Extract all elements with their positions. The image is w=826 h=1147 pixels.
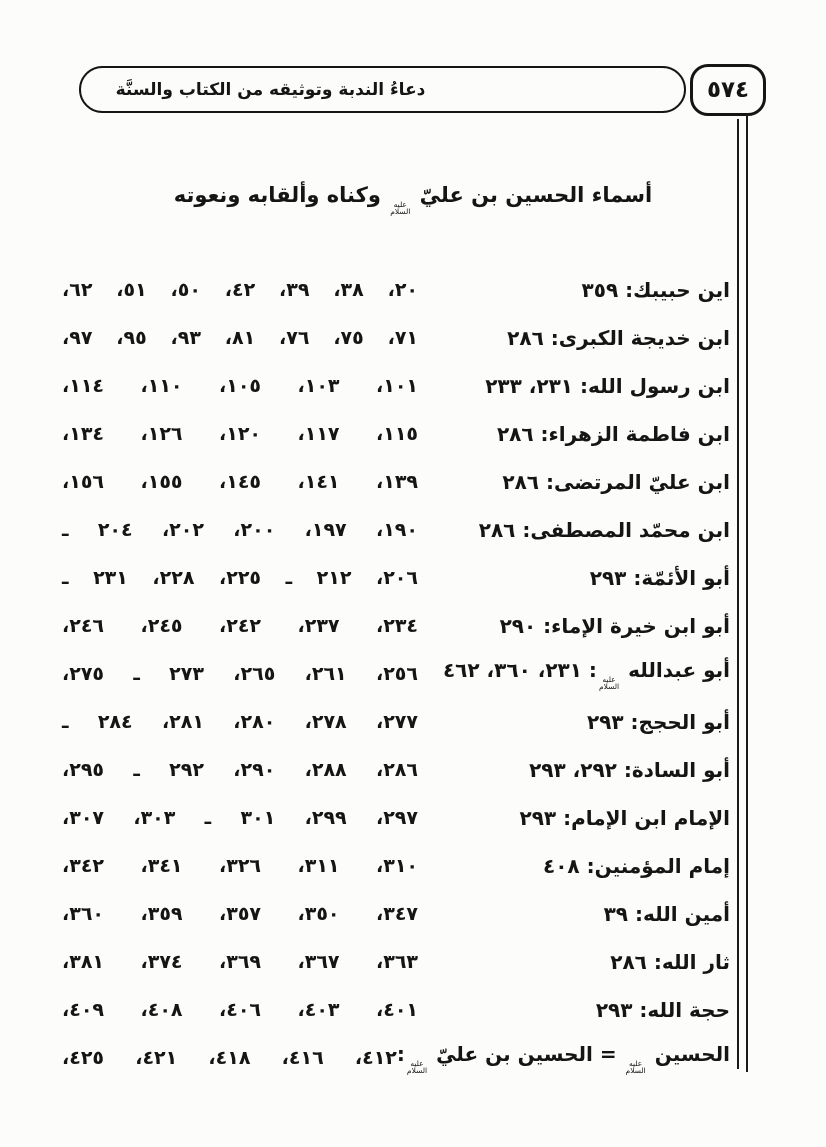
entry-page-numbers: ٤١٢، ٤١٦، ٤١٨، ٤٢١، ٤٢٥،	[62, 1047, 397, 1069]
entry-name: ابن عليّ المرتضى: ٢٨٦	[502, 470, 730, 494]
margin-rule-outer	[746, 114, 748, 1072]
entry-page-numbers: ٣٤٧، ٣٥٠، ٣٥٧، ٣٥٩، ٣٦٠،	[62, 903, 418, 925]
entry-page-numbers: ٣١٠، ٣١١، ٣٢٦، ٣٤١، ٣٤٢،	[62, 855, 418, 877]
entry-page-numbers: ١٣٩، ١٤١، ١٤٥، ١٥٥، ١٥٦،	[62, 471, 418, 493]
index-row: ابن عليّ المرتضى: ٢٨٦١٣٩، ١٤١، ١٤٥، ١٥٥،…	[62, 458, 730, 506]
index-list: اين حبيبك: ٣٥٩٢٠، ٣٨، ٣٩، ٤٢، ٥٠، ٥١، ٦٢…	[62, 266, 730, 1082]
entry-page-numbers: ٢٨٦، ٢٨٨، ٢٩٠، ٢٩٢ ـ ٢٩٥،	[62, 759, 418, 781]
entry-name: الإمام ابن الإمام: ٢٩٣	[520, 806, 730, 830]
entry-page-numbers: ٢٣٤، ٢٣٧، ٢٤٢، ٢٤٥، ٢٤٦،	[62, 615, 418, 637]
entry-name: ابن رسول الله: ٢٣١، ٢٣٣	[485, 374, 730, 398]
index-row: أبو الحجج: ٢٩٣٢٧٧، ٢٧٨، ٢٨٠، ٢٨١، ٢٨٤ ـ	[62, 698, 730, 746]
entry-page-numbers: ١٩٠، ١٩٧، ٢٠٠، ٢٠٢، ٢٠٤ ـ	[62, 519, 418, 541]
alayhi-assalam-honorific-icon: عليهالسلام	[626, 1060, 646, 1074]
entry-name: ابن محمّد المصطفى: ٢٨٦	[479, 518, 730, 542]
entry-page-numbers: ٢٩٧، ٢٩٩، ٣٠١ ـ ٣٠٣، ٣٠٧،	[62, 807, 418, 829]
entry-name: ابن خديجة الكبرى: ٢٨٦	[507, 326, 730, 350]
index-row: حجة الله: ٢٩٣٤٠١، ٤٠٣، ٤٠٦، ٤٠٨، ٤٠٩،	[62, 986, 730, 1034]
entry-page-numbers: ١٠١، ١٠٣، ١٠٥، ١١٠، ١١٤،	[62, 375, 418, 397]
entry-page-numbers: ٢٠٦، ٢١٢ ـ ٢٢٥، ٢٢٨، ٢٣١ ـ	[62, 567, 418, 589]
running-header: دعاءُ الندبة وتوثيقه من الكتاب والسنَّة	[79, 66, 686, 113]
running-header-title: دعاءُ الندبة وتوثيقه من الكتاب والسنَّة	[116, 80, 426, 100]
entry-name: أمين الله: ٣٩	[604, 902, 730, 926]
entry-page-numbers: ١١٥، ١١٧، ١٢٠، ١٢٦، ١٣٤،	[62, 423, 418, 445]
alayhi-assalam-honorific-icon: عليهالسلام	[407, 1060, 427, 1074]
entry-name: حجة الله: ٢٩٣	[596, 998, 730, 1022]
entry-name: ثار الله: ٢٨٦	[610, 950, 730, 974]
entry-name: أبو عبدالله عليهالسلام: ٢٣١، ٣٦٠، ٤٦٢	[443, 658, 730, 690]
entry-name: إمام المؤمنين: ٤٠٨	[543, 854, 730, 878]
entry-name: أبو الحجج: ٢٩٣	[587, 710, 730, 734]
index-row: أبو الأئمّة: ٢٩٣٢٠٦، ٢١٢ ـ ٢٢٥، ٢٢٨، ٢٣١…	[62, 554, 730, 602]
entry-name: اين حبيبك: ٣٥٩	[582, 278, 730, 302]
index-row: ثار الله: ٢٨٦٣٦٣، ٣٦٧، ٣٦٩، ٣٧٤، ٣٨١،	[62, 938, 730, 986]
entry-page-numbers: ٢٧٧، ٢٧٨، ٢٨٠، ٢٨١، ٢٨٤ ـ	[62, 711, 418, 733]
entry-name: أبو السادة: ٢٩٢، ٢٩٣	[529, 758, 730, 782]
entry-page-numbers: ٢٥٦، ٢٦١، ٢٦٥، ٢٧٣ ـ ٢٧٥،	[62, 663, 418, 685]
entry-page-numbers: ٧١، ٧٥، ٧٦، ٨١، ٩٣، ٩٥، ٩٧،	[62, 327, 418, 349]
entry-name: أبو ابن خيرة الإماء: ٢٩٠	[500, 614, 730, 638]
index-row: ابن فاطمة الزهراء: ٢٨٦١١٥، ١١٧، ١٢٠، ١٢٦…	[62, 410, 730, 458]
index-row: الحسين عليهالسلام = الحسين بن عليّ عليها…	[62, 1034, 730, 1082]
book-page: دعاءُ الندبة وتوثيقه من الكتاب والسنَّة …	[0, 0, 826, 1147]
alayhi-assalam-honorific-icon: عليهالسلام	[390, 201, 410, 215]
entry-page-numbers: ٢٠، ٣٨، ٣٩، ٤٢، ٥٠، ٥١، ٦٢،	[62, 279, 418, 301]
index-row: أبو عبدالله عليهالسلام: ٢٣١، ٣٦٠، ٤٦٢٢٥٦…	[62, 650, 730, 698]
entry-page-numbers: ٤٠١، ٤٠٣، ٤٠٦، ٤٠٨، ٤٠٩،	[62, 999, 418, 1021]
index-row: ابن رسول الله: ٢٣١، ٢٣٣١٠١، ١٠٣، ١٠٥، ١١…	[62, 362, 730, 410]
section-title: أسماء الحسين بن عليّ عليهالسلام وكناه وأ…	[0, 183, 826, 215]
alayhi-assalam-honorific-icon: عليهالسلام	[599, 676, 619, 690]
margin-rule-inner	[737, 119, 739, 1069]
index-row: أبو السادة: ٢٩٢، ٢٩٣٢٨٦، ٢٨٨، ٢٩٠، ٢٩٢ ـ…	[62, 746, 730, 794]
index-row: أبو ابن خيرة الإماء: ٢٩٠٢٣٤، ٢٣٧، ٢٤٢، ٢…	[62, 602, 730, 650]
index-row: الإمام ابن الإمام: ٢٩٣٢٩٧، ٢٩٩، ٣٠١ ـ ٣٠…	[62, 794, 730, 842]
index-row: ابن محمّد المصطفى: ٢٨٦١٩٠، ١٩٧، ٢٠٠، ٢٠٢…	[62, 506, 730, 554]
entry-name: ابن فاطمة الزهراء: ٢٨٦	[497, 422, 730, 446]
index-row: ابن خديجة الكبرى: ٢٨٦٧١، ٧٥، ٧٦، ٨١، ٩٣،…	[62, 314, 730, 362]
entry-name: أبو الأئمّة: ٢٩٣	[590, 566, 730, 590]
entry-name: الحسين عليهالسلام = الحسين بن عليّ عليها…	[397, 1042, 730, 1074]
entry-page-numbers: ٣٦٣، ٣٦٧، ٣٦٩، ٣٧٤، ٣٨١،	[62, 951, 418, 973]
page-number-badge: ٥٧٤	[690, 64, 766, 116]
index-row: أمين الله: ٣٩٣٤٧، ٣٥٠، ٣٥٧، ٣٥٩، ٣٦٠،	[62, 890, 730, 938]
index-row: اين حبيبك: ٣٥٩٢٠، ٣٨، ٣٩، ٤٢، ٥٠، ٥١، ٦٢…	[62, 266, 730, 314]
page-number: ٥٧٤	[707, 77, 749, 103]
index-row: إمام المؤمنين: ٤٠٨٣١٠، ٣١١، ٣٢٦، ٣٤١، ٣٤…	[62, 842, 730, 890]
